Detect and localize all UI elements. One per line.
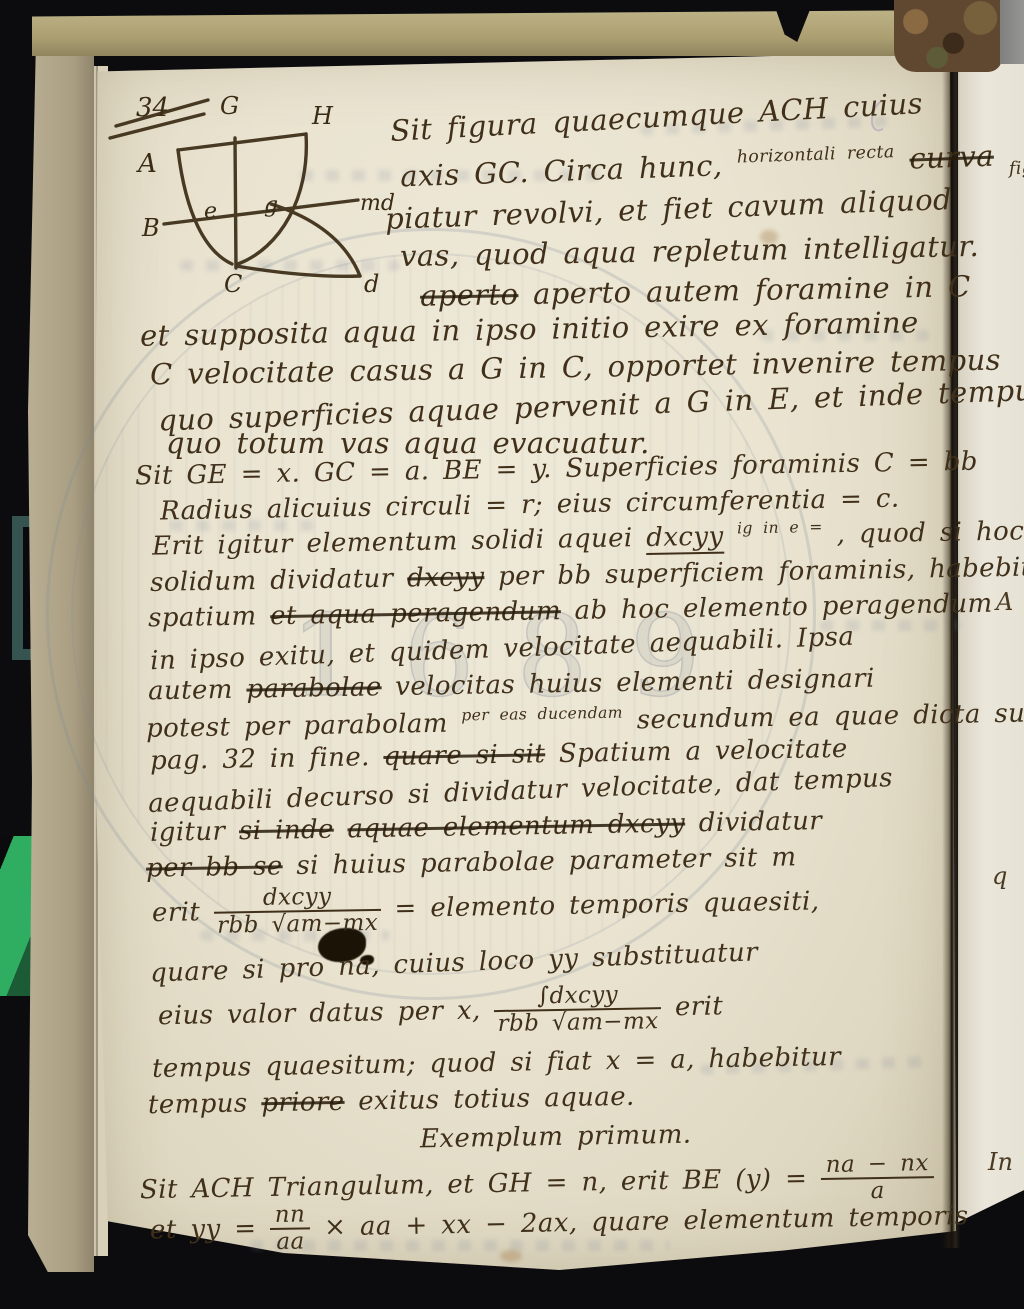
figure-page-number: 34 — [136, 93, 169, 123]
line-text: tempus — [148, 1088, 262, 1120]
figure-label-d: d — [364, 270, 379, 298]
vessel-figure: 34 G H A B e g md C d — [108, 88, 398, 328]
deleted-text: aperto — [420, 277, 519, 313]
line-text: exitus totius aquae. — [358, 1082, 635, 1117]
section-heading: Exemplum primum. — [420, 1120, 692, 1155]
fraction-numerator: na − nx — [821, 1151, 934, 1180]
fraction: ∫dxcyyrbb √am−mx — [494, 982, 662, 1038]
line-text: spatium — [148, 601, 271, 633]
line-text: × aa + xx − 2ax, quare elementum tempori… — [324, 1201, 969, 1242]
interlinear-insertion: per eas ducendam — [461, 704, 623, 725]
fraction: nnaa — [270, 1202, 311, 1255]
deleted-text: parabolae — [246, 672, 382, 704]
figure-label-c: C — [224, 270, 242, 298]
fraction-numerator: ∫dxcyy — [494, 982, 661, 1012]
facing-page-mark: q — [992, 862, 1007, 890]
book-board-edge — [1000, 0, 1024, 64]
marbled-cover-corner — [894, 0, 1002, 72]
fraction-numerator: nn — [270, 1202, 311, 1230]
facing-page-mark: In — [988, 1148, 1013, 1176]
line-text: potest per parabolam — [146, 708, 462, 744]
line-text: erit — [152, 897, 214, 928]
line-text: Spatium a velocitate — [559, 734, 848, 769]
figure-label-a: A — [136, 149, 157, 179]
line-text: pag. 32 in fine. — [150, 742, 384, 776]
figure-label-e: e — [204, 199, 217, 224]
interlinear-insertion: figura — [1009, 157, 1024, 179]
deleted-text: per bb se — [146, 851, 283, 883]
foxing-spot — [500, 1250, 522, 1262]
line-text: = elemento temporis quaesiti, — [394, 886, 819, 923]
vellum-top-edge — [32, 10, 956, 56]
fraction-denominator: rbb √am−mx — [494, 1009, 661, 1037]
manuscript-photo: 1689 34 G H A B e g md C d — [0, 0, 1024, 1309]
figure-label-g2: g — [264, 193, 278, 218]
underlined-term: dxcyy — [646, 522, 724, 555]
deleted-text: si inde — [239, 815, 334, 847]
line-text: eius valor datus per x, — [158, 995, 495, 1031]
line-text: dividatur — [699, 806, 823, 838]
line-text: solidum dividatur — [150, 563, 408, 597]
line-text: Exemplum primum. — [420, 1120, 692, 1155]
figure-label-g: G — [220, 92, 239, 120]
deleted-text: aquae elementum dxcyy — [347, 809, 685, 845]
fraction: dxcyyrbb √am−mx — [213, 884, 381, 940]
fraction-denominator: aa — [270, 1230, 311, 1256]
line-text: erit — [675, 991, 724, 1022]
deleted-text: dxcyy — [407, 562, 485, 593]
deleted-text: quare si sit — [383, 739, 545, 772]
fraction-denominator: rbb √am−mx — [214, 911, 381, 939]
vellum-cover-edge — [28, 42, 94, 1272]
line-text: , quod si hoc — [836, 516, 1024, 549]
line-text: igitur — [150, 816, 239, 848]
deleted-text: et aqua peragendum — [270, 596, 561, 631]
deleted-text: curva — [909, 139, 995, 176]
line-text: autem — [148, 675, 247, 707]
text-line: eius valor datus per x, ∫dxcyyrbb √am−mx… — [158, 981, 724, 1043]
interlinear-insertion: ig in e = — [737, 518, 823, 537]
figure-label-b: B — [141, 214, 160, 242]
deleted-text: priore — [261, 1087, 345, 1118]
facing-page-mark: A — [996, 588, 1013, 616]
figure-label-h: H — [311, 102, 334, 130]
line-text: et yy = — [150, 1213, 271, 1245]
fraction-numerator: dxcyy — [213, 884, 380, 914]
